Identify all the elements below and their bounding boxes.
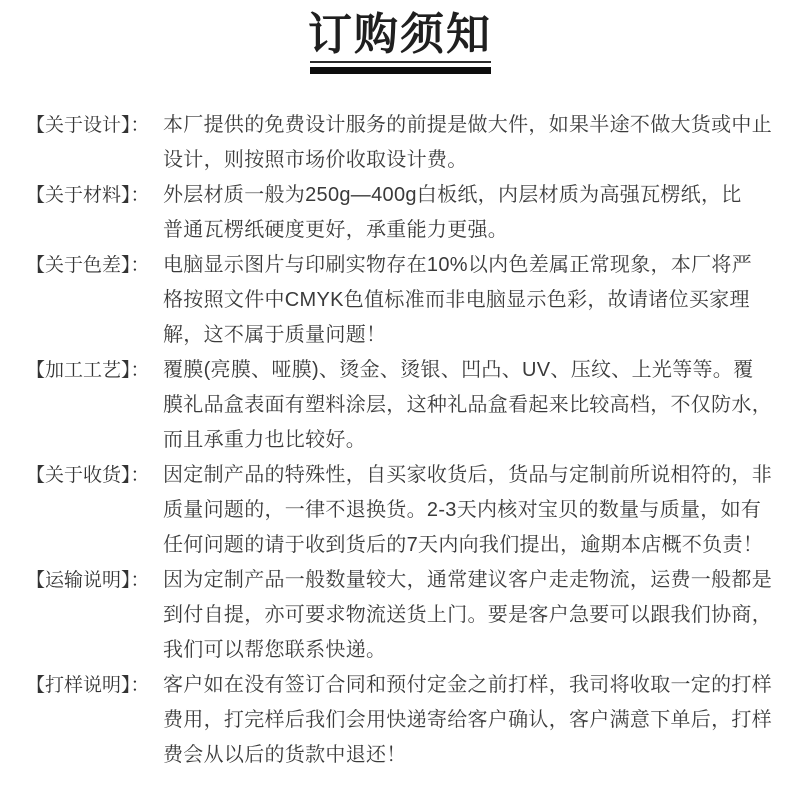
section-processing-craft: 【加工工艺】： 覆膜(亮膜、哑膜)、烫金、烫银、凹凸、UV、压纹、上光等等。覆 … bbox=[0, 353, 800, 458]
section-about-design: 【关于设计】： 本厂提供的免费设计服务的前提是做大件，如果半途不做大货或中止 设… bbox=[0, 108, 800, 178]
section-text-line: 而且承重力也比较好。 bbox=[163, 423, 800, 458]
section-text-line: 电脑显示图片与印刷实物存在10%以内色差属正常现象，本厂将严 bbox=[163, 248, 800, 283]
section-text-line: 到付自提，亦可要求物流送货上门。要是客户急要可以跟我们协商， bbox=[163, 598, 800, 633]
section-text-line: 费用，打完样后我们会用快递寄给客户确认，客户满意下单后，打样 bbox=[163, 703, 800, 738]
section-text-line: 因定制产品的特殊性，自买家收货后，货品与定制前所说相符的，非 bbox=[163, 458, 800, 493]
section-text-line: 膜礼品盒表面有塑料涂层，这种礼品盒看起来比较高档，不仅防水， bbox=[163, 388, 800, 423]
section-label: 【关于收货】： bbox=[0, 458, 163, 493]
title-underline-thin bbox=[310, 61, 491, 63]
section-text-line: 因为定制产品一般数量较大，通常建议客户走走物流，运费一般都是 bbox=[163, 563, 800, 598]
section-text-line: 费会从以后的货款中退还！ bbox=[163, 738, 800, 773]
section-label: 【加工工艺】： bbox=[0, 353, 163, 388]
section-label: 【关于设计】： bbox=[0, 108, 163, 143]
section-label: 【打样说明】： bbox=[0, 668, 163, 703]
section-text-line: 格按照文件中CMYK色值标准而非电脑显示色彩，故请诸位买家理 bbox=[163, 283, 800, 318]
section-text-line: 解，这不属于质量问题！ bbox=[163, 318, 800, 353]
section-text-line: 普通瓦楞纸硬度更好，承重能力更强。 bbox=[163, 213, 800, 248]
section-sampling-notes: 【打样说明】： 客户如在没有签订合同和预付定金之前打样，我司将收取一定的打样 费… bbox=[0, 668, 800, 773]
section-about-receiving: 【关于收货】： 因定制产品的特殊性，自买家收货后，货品与定制前所说相符的，非 质… bbox=[0, 458, 800, 563]
section-about-color-difference: 【关于色差】： 电脑显示图片与印刷实物存在10%以内色差属正常现象，本厂将严 格… bbox=[0, 248, 800, 353]
section-text-line: 覆膜(亮膜、哑膜)、烫金、烫银、凹凸、UV、压纹、上光等等。覆 bbox=[163, 353, 800, 388]
section-text-line: 外层材质一般为250g—400g白板纸，内层材质为高强瓦楞纸，比 bbox=[163, 178, 800, 213]
section-label: 【运输说明】： bbox=[0, 563, 163, 598]
section-text-line: 我们可以帮您联系快递。 bbox=[163, 633, 800, 668]
section-text-line: 任何问题的请于收到货后的7天内向我们提出，逾期本店概不负责！ bbox=[163, 528, 800, 563]
section-label: 【关于色差】： bbox=[0, 248, 163, 283]
notice-sections: 【关于设计】： 本厂提供的免费设计服务的前提是做大件，如果半途不做大货或中止 设… bbox=[0, 108, 800, 773]
page-title: 订购须知 bbox=[0, 8, 800, 61]
section-text-line: 设计，则按照市场价收取设计费。 bbox=[163, 143, 800, 178]
section-text-line: 本厂提供的免费设计服务的前提是做大件，如果半途不做大货或中止 bbox=[163, 108, 800, 143]
section-label: 【关于材料】： bbox=[0, 178, 163, 213]
section-about-materials: 【关于材料】： 外层材质一般为250g—400g白板纸，内层材质为高强瓦楞纸，比… bbox=[0, 178, 800, 248]
section-text-line: 客户如在没有签订合同和预付定金之前打样，我司将收取一定的打样 bbox=[163, 668, 800, 703]
title-underline-thick bbox=[310, 67, 491, 74]
notice-page: 订购须知 【关于设计】： 本厂提供的免费设计服务的前提是做大件，如果半途不做大货… bbox=[0, 8, 800, 773]
section-text-line: 质量问题的，一律不退换货。2-3天内核对宝贝的数量与质量，如有 bbox=[163, 493, 800, 528]
section-shipping-notes: 【运输说明】： 因为定制产品一般数量较大，通常建议客户走走物流，运费一般都是 到… bbox=[0, 563, 800, 668]
